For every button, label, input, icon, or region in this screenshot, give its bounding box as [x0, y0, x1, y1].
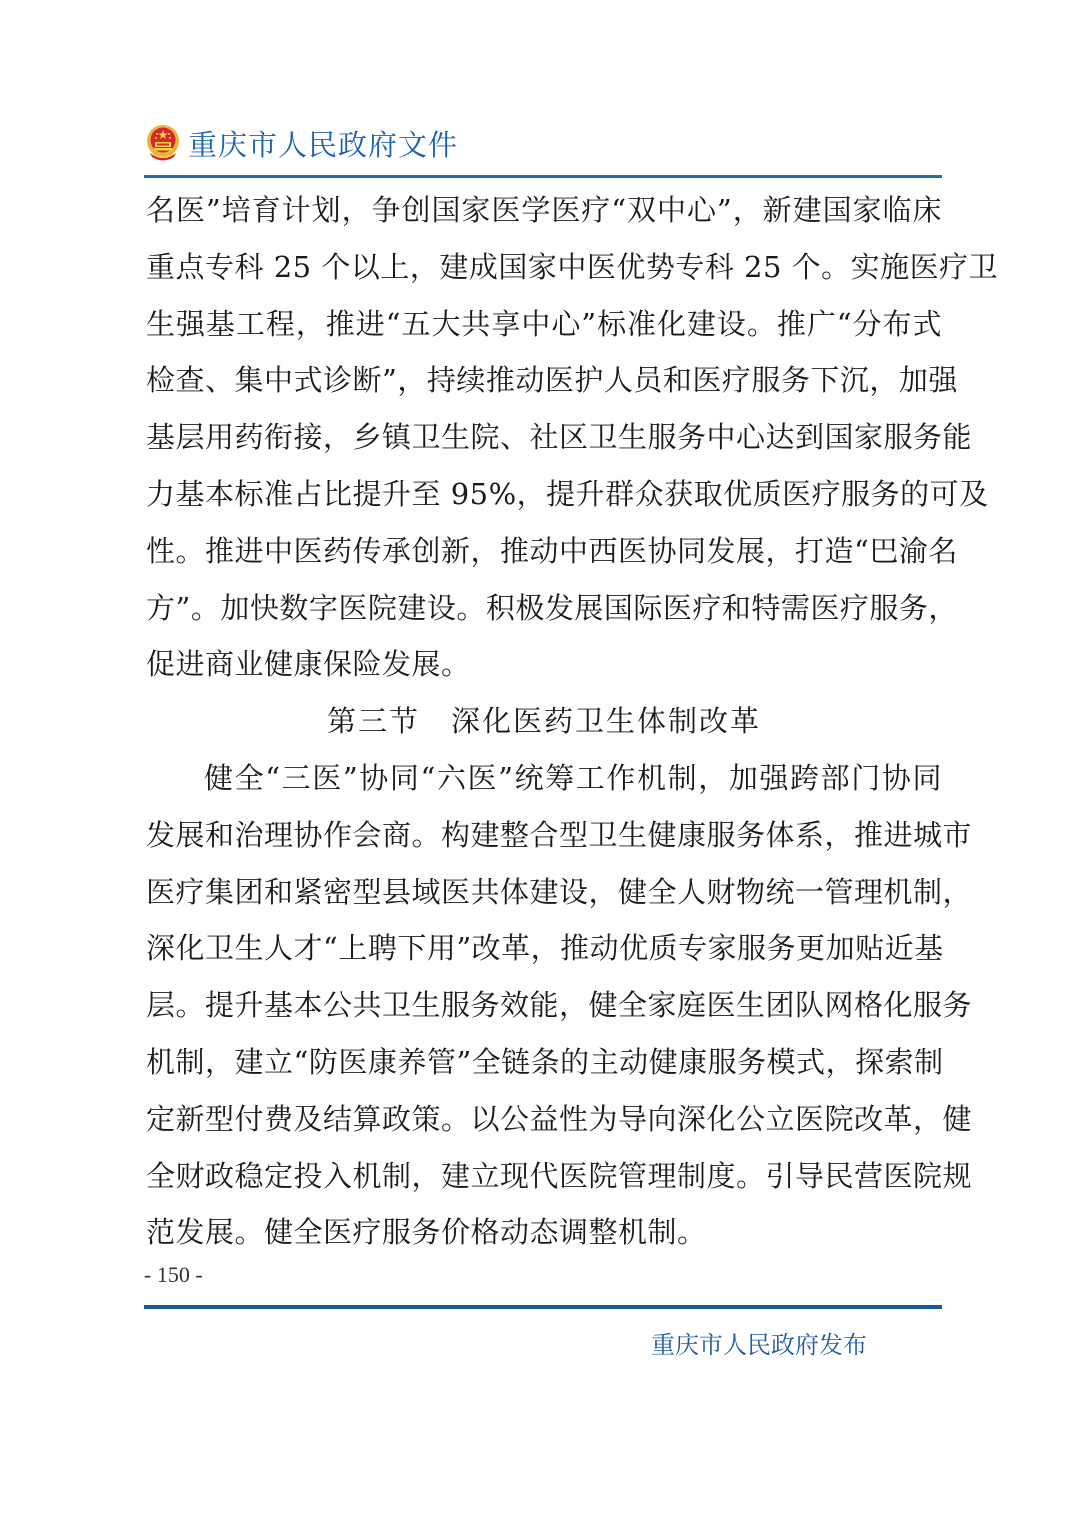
paragraph-line: 检查、集中式诊断”，持续推动医护人员和医疗服务下沉，加强 [146, 352, 942, 409]
paragraph-line: 促进商业健康保险发展。 [146, 636, 942, 693]
paragraph-line: 名医”培育计划，争创国家医学医疗“双中心”，新建国家临床 [146, 182, 942, 239]
paragraph-line: 全财政稳定投入机制，建立现代医院管理制度。引导民营医院规 [146, 1148, 942, 1205]
document-header: 重庆市人民政府文件 [144, 118, 458, 168]
document-header-title: 重庆市人民政府文件 [188, 123, 458, 164]
paragraph-line: 力基本标准占比提升至 95%，提升群众获取优质医疗服务的可及 [146, 466, 942, 523]
paragraph-line: 发展和治理协作会商。构建整合型卫生健康服务体系，推进城市 [146, 807, 942, 864]
page-number: - 150 - [144, 1262, 203, 1288]
paragraph-line: 医疗集团和紧密型县域医共体建设，健全人财物统一管理机制， [146, 864, 942, 921]
national-emblem-icon [144, 123, 182, 163]
paragraph-line: 机制，建立“防医康养管”全链条的主动健康服务模式，探索制 [146, 1034, 942, 1091]
paragraph-line: 深化卫生人才“上聘下用”改革，推动优质专家服务更加贴近基 [146, 920, 942, 977]
paragraph-line: 重点专科 25 个以上，建成国家中医优势专科 25 个。实施医疗卫 [146, 239, 942, 296]
paragraph-line: 层。提升基本公共卫生服务效能，健全家庭医生团队网格化服务 [146, 977, 942, 1034]
paragraph-line: 生强基工程，推进“五大共享中心”标准化建设。推广“分布式 [146, 296, 942, 353]
paragraph-line: 方”。加快数字医院建设。积极发展国际医疗和特需医疗服务， [146, 580, 942, 637]
paragraph-line: 性。推进中医药传承创新，推动中西医协同发展，打造“巴渝名 [146, 523, 942, 580]
document-body: 名医”培育计划，争创国家医学医疗“双中心”，新建国家临床 重点专科 25 个以上… [146, 182, 942, 1261]
paragraph-line: 定新型付费及结算政策。以公益性为导向深化公立医院改革，健 [146, 1091, 942, 1148]
paragraph-line: 健全“三医”协同“六医”统筹工作机制，加强跨部门协同 [146, 750, 942, 807]
paragraph-line: 基层用药衔接，乡镇卫生院、社区卫生服务中心达到国家服务能 [146, 409, 942, 466]
section-heading: 第三节 深化医药卫生体制改革 [146, 693, 942, 750]
footer-publisher: 重庆市人民政府发布 [651, 1325, 867, 1360]
paragraph-line: 范发展。健全医疗服务价格动态调整机制。 [146, 1204, 942, 1261]
footer-divider [144, 1305, 942, 1309]
header-divider [144, 175, 942, 178]
